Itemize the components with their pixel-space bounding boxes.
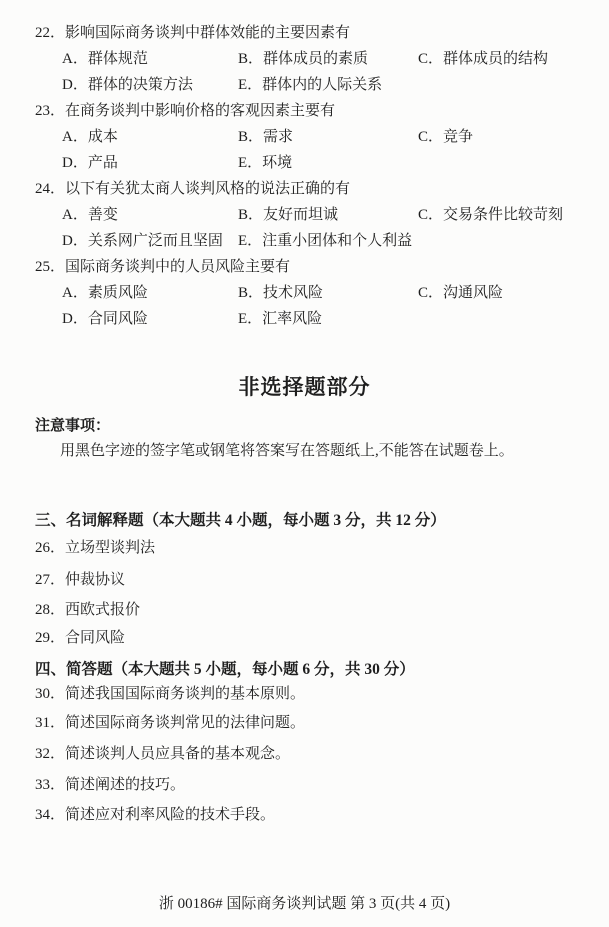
question-number: 22． (35, 25, 65, 41)
option-a: A．群体规范 (62, 46, 238, 72)
option-c: C．交易条件比较苛刻 (418, 202, 563, 228)
option-row: D．合同风险 E．汇率风险 (35, 306, 599, 332)
question-line-24: 24．以下有关犹太商人谈判风格的说法正确的有 (35, 176, 599, 202)
question-text: 国际商务谈判中的人员风险主要有 (65, 259, 290, 275)
option-c: C．竞争 (418, 124, 473, 150)
item-number: 30． (35, 686, 65, 702)
item-text: 简述应对利率风险的技术手段。 (65, 807, 275, 823)
item-text: 简述阐述的技巧。 (65, 777, 185, 793)
option-row: A．群体规范 B．群体成员的素质 C．群体成员的结构 (35, 46, 599, 72)
question-number: 23． (35, 103, 65, 119)
item-number: 29． (35, 630, 65, 646)
option-a: A．成本 (62, 124, 238, 150)
option-d: D．群体的决策方法 (62, 72, 238, 98)
item-number: 33． (35, 777, 65, 793)
option-e: E．注重小团体和个人利益 (238, 228, 412, 254)
option-row: A．素质风险 B．技术风险 C．沟通风险 (35, 280, 599, 306)
section4-item-34: 34．简述应对利率风险的技术手段。 (35, 803, 275, 827)
option-c: C．沟通风险 (418, 280, 503, 306)
option-row: A．善变 B．友好而坦诚 C．交易条件比较苛刻 (35, 202, 599, 228)
option-c: C．群体成员的结构 (418, 46, 548, 72)
section3-item-28: 28．西欧式报价 (35, 598, 140, 622)
item-number: 28． (35, 602, 65, 618)
question-line-25: 25．国际商务谈判中的人员风险主要有 (35, 254, 599, 280)
item-text: 合同风险 (65, 630, 125, 646)
option-e: E．汇率风险 (238, 306, 322, 332)
question-line-23: 23．在商务谈判中影响价格的客观因素主要有 (35, 98, 599, 124)
section3-item-26: 26．立场型谈判法 (35, 536, 155, 560)
section4-item-30: 30．简述我国国际商务谈判的基本原则。 (35, 682, 305, 706)
option-row: A．成本 B．需求 C．竞争 (35, 124, 599, 150)
item-text: 简述国际商务谈判常见的法律问题。 (65, 715, 305, 731)
question-text: 在商务谈判中影响价格的客观因素主要有 (65, 103, 335, 119)
option-d: D．关系网广泛而且坚固 (62, 228, 238, 254)
item-number: 26． (35, 540, 65, 556)
option-b: B．需求 (238, 124, 418, 150)
option-a: A．素质风险 (62, 280, 238, 306)
question-text: 影响国际商务谈判中群体效能的主要因素有 (65, 25, 350, 41)
page-footer: 浙 00186# 国际商务谈判试题 第 3 页(共 4 页) (0, 892, 609, 916)
section3-heading: 三、名词解释题（本大题共 4 小题，每小题 3 分，共 12 分） (35, 509, 446, 533)
item-text: 简述谈判人员应具备的基本观念。 (65, 746, 290, 762)
item-number: 27． (35, 572, 65, 588)
item-text: 简述我国国际商务谈判的基本原则。 (65, 686, 305, 702)
option-row: D．产品 E．环境 (35, 150, 599, 176)
option-e: E．环境 (238, 150, 292, 176)
option-d: D．产品 (62, 150, 238, 176)
option-e: E．群体内的人际关系 (238, 72, 382, 98)
option-row: D．群体的决策方法 E．群体内的人际关系 (35, 72, 599, 98)
option-b: B．友好而坦诚 (238, 202, 418, 228)
option-row: D．关系网广泛而且坚固 E．注重小团体和个人利益 (35, 228, 599, 254)
question-line-22: 22．影响国际商务谈判中群体效能的主要因素有 (35, 20, 599, 46)
section4-item-31: 31．简述国际商务谈判常见的法律问题。 (35, 711, 305, 735)
option-d: D．合同风险 (62, 306, 238, 332)
notes-text: 用黑色字迹的签字笔或钢笔将答案写在答题纸上,不能答在试题卷上。 (60, 439, 514, 463)
section4-item-32: 32．简述谈判人员应具备的基本观念。 (35, 742, 290, 766)
nonchoice-section-title: 非选择题部分 (0, 372, 609, 402)
item-text: 立场型谈判法 (65, 540, 155, 556)
section3-item-29: 29．合同风险 (35, 626, 125, 650)
question-text: 以下有关犹太商人谈判风格的说法正确的有 (65, 181, 350, 197)
item-number: 34． (35, 807, 65, 823)
item-number: 31． (35, 715, 65, 731)
item-number: 32． (35, 746, 65, 762)
option-b: B．技术风险 (238, 280, 418, 306)
section4-heading: 四、简答题（本大题共 5 小题，每小题 6 分，共 30 分） (35, 658, 415, 682)
question-number: 24． (35, 181, 65, 197)
option-b: B．群体成员的素质 (238, 46, 418, 72)
item-text: 西欧式报价 (65, 602, 140, 618)
mcq-section: 22．影响国际商务谈判中群体效能的主要因素有 A．群体规范 B．群体成员的素质 … (35, 20, 599, 332)
section4-item-33: 33．简述阐述的技巧。 (35, 773, 185, 797)
section3-item-27: 27．仲裁协议 (35, 568, 125, 592)
exam-page: 22．影响国际商务谈判中群体效能的主要因素有 A．群体规范 B．群体成员的素质 … (0, 0, 609, 927)
option-a: A．善变 (62, 202, 238, 228)
notes-label: 注意事项： (35, 414, 110, 438)
item-text: 仲裁协议 (65, 572, 125, 588)
question-number: 25． (35, 259, 65, 275)
